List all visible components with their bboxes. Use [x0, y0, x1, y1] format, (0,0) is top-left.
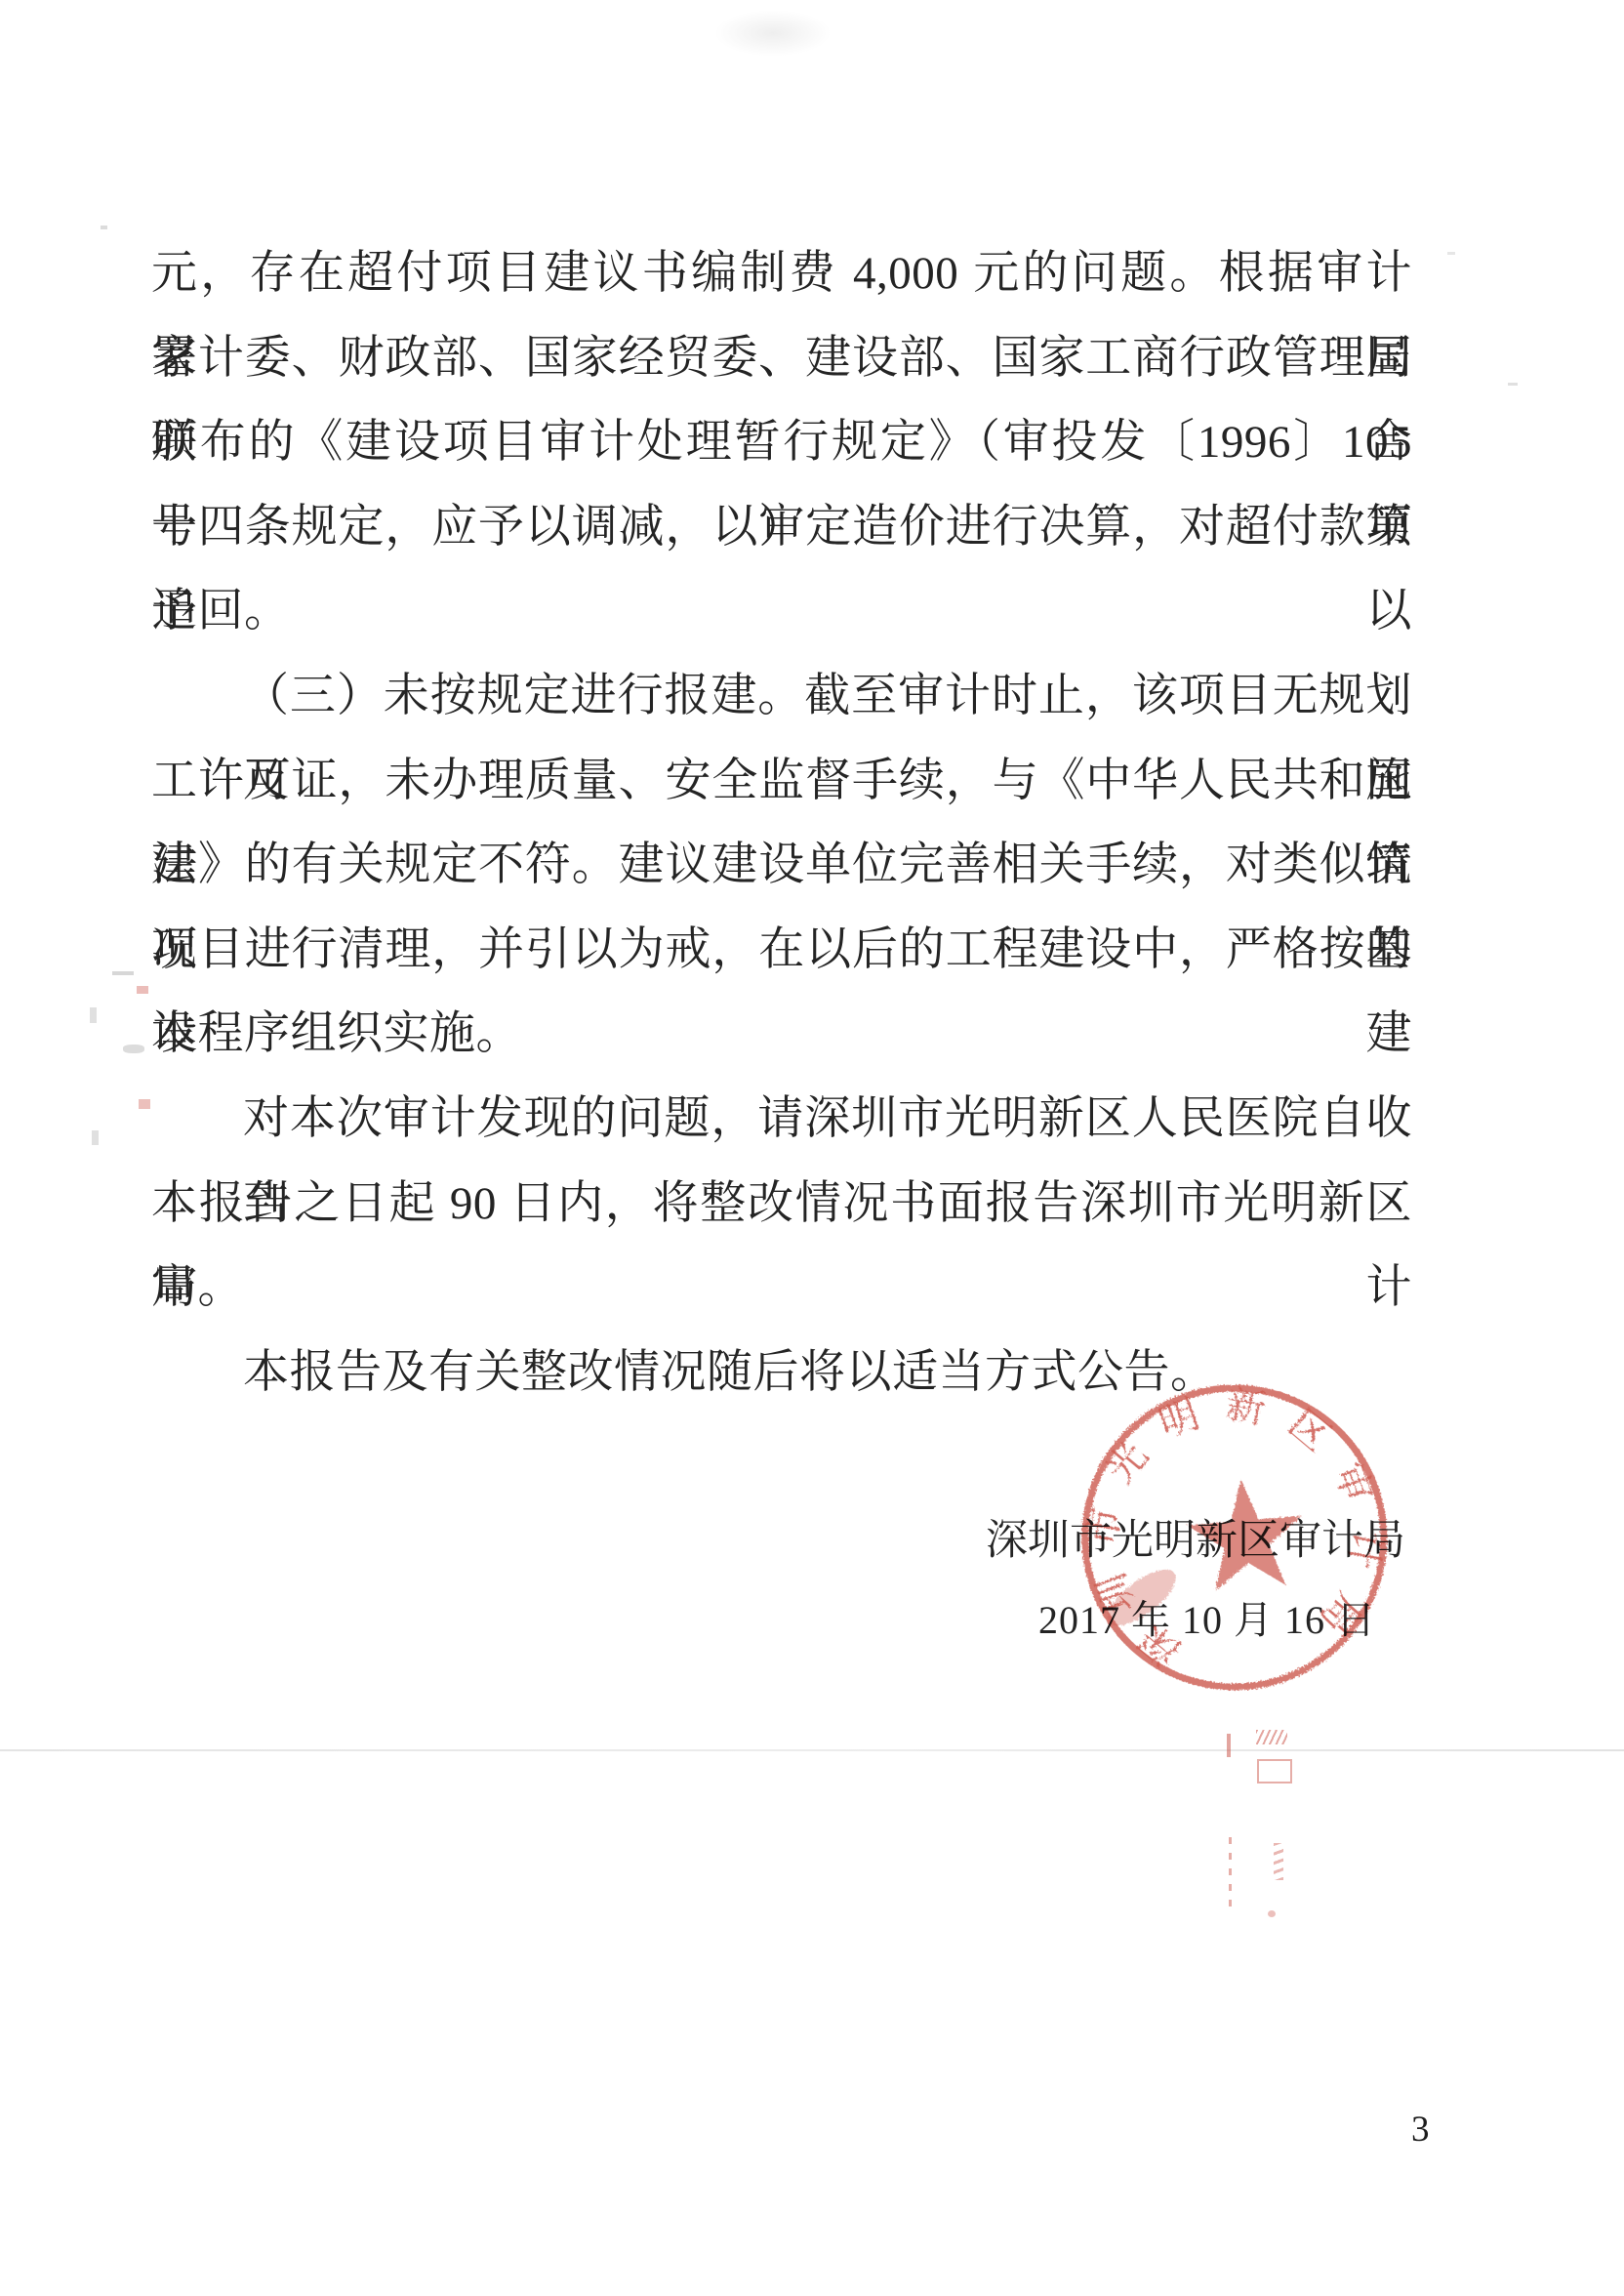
body-line-2: 家计委、财政部、国家经贸委、建设部、国家工商行政管理局联合: [151, 316, 1412, 401]
stamp-bleed-artifact: [1229, 1837, 1232, 1913]
body-line-8: 法》的有关规定不符。建议建设单位完善相关手续，对类似情况的: [151, 823, 1412, 908]
scan-speck-artifact: [90, 1007, 97, 1023]
official-red-stamp: 深圳市光明新区审计局: [1055, 1361, 1414, 1720]
scan-speck-artifact: [137, 986, 148, 994]
scan-speck-artifact: [92, 1130, 99, 1145]
body-text: 元，存在超付项目建议书编制费 4,000 元的问题。根据审计署、国 家计委、财政…: [151, 231, 1412, 1414]
scanned-audit-report-page: 元，存在超付项目建议书编制费 4,000 元的问题。根据审计署、国 家计委、财政…: [0, 0, 1624, 2296]
body-line-1: 元，存在超付项目建议书编制费 4,000 元的问题。根据审计署、国: [151, 231, 1412, 316]
stamp-bleed-artifact: [1227, 1734, 1231, 1757]
scan-line-artifact: [0, 1749, 1624, 1751]
scan-smudge-artifact: [714, 10, 832, 57]
scan-speck-artifact: [1508, 383, 1518, 386]
body-line-12: 本报告之日起 90 日内，将整改情况书面报告深圳市光明新区审计: [151, 1162, 1412, 1247]
stamp-bleed-artifact: [1274, 1843, 1283, 1880]
body-line-7: 工许可证，未办理质量、安全监督手续，与《中华人民共和国建筑: [151, 739, 1412, 824]
stamp-bleed-artifact: [1257, 1759, 1292, 1783]
body-line-6: （三）未按规定进行报建。截至审计时止，该项目无规划及施: [151, 654, 1412, 739]
body-line-11: 对本次审计发现的问题，请深圳市光明新区人民医院自收到: [151, 1077, 1412, 1162]
stamp-bleed-artifact: [1268, 1910, 1276, 1917]
body-line-9: 项目进行清理，并引以为戒，在以后的工程建设中，严格按基本建: [151, 908, 1412, 993]
scan-speck-artifact: [112, 971, 134, 975]
scan-speck-artifact: [101, 225, 107, 229]
scan-speck-artifact: [123, 1045, 144, 1053]
body-line-4: 十四条规定，应予以调减，以审定造价进行决算，对超付款项予以: [151, 485, 1412, 570]
stamp-star: [1184, 1474, 1308, 1593]
scan-speck-artifact: [1447, 252, 1455, 255]
body-line-3: 颁布的《建设项目审计处理暂行规定》（审投发〔1996〕105 号）第: [151, 400, 1412, 485]
scan-speck-artifact: [139, 1099, 150, 1109]
page-number: 3: [1411, 2109, 1430, 2151]
stamp-bleed-artifact: [1256, 1730, 1287, 1744]
